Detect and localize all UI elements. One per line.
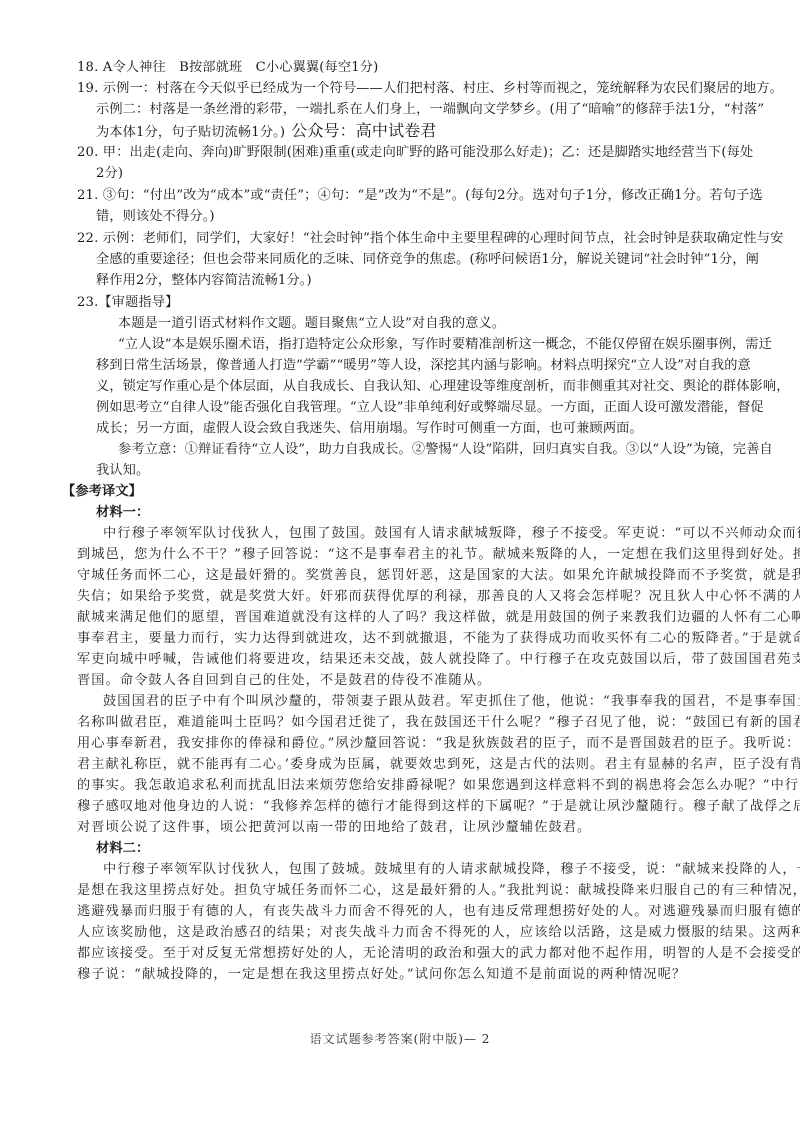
material-2-line: 穆子说：“献城投降的，一定是想在我这里捞点好处。”试问你怎么知道不是前面说的两种… — [77, 965, 737, 985]
answer-19-line-1: 19. 示例一：村落在今天似乎已经成为一个符号——人们把村落、村庄、乡村等而视之… — [77, 79, 737, 99]
answer-23-paragraph-2-line-4: 例如思考立“自律人设”能否强化自我管理。“立人设”非单纯利好或弊端尽显。一方面，… — [96, 398, 756, 418]
material-2-title: 材料二： — [96, 839, 756, 859]
material-1-line: 军吏向城中呼喊，告诫他们将要进攻，结果还未交战，鼓人就投降了。中行穆子在攻克鼓国… — [77, 650, 737, 670]
material-1-title: 材料一： — [96, 503, 756, 523]
material-1b-line: 穆子感叹地对他身边的人说：“我修养怎样的德行才能得到这样的下属呢？”于是就让夙沙… — [77, 797, 737, 817]
material-1-line: 守城任务而怀二心，这是最奸猾的。奖赏善良，惩罚奸恶，这是国家的大法。如果允许献城… — [77, 566, 737, 586]
material-1b-line: 名称叫做君臣，难道能叫土臣吗？如今国君迁徙了，我在鼓国还干什么呢？”穆子召见了他… — [77, 713, 737, 733]
answer-22-line-1: 22. 示例：老师们，同学们，大家好！“社会时钟”指个体生命中主要里程碑的心理时… — [77, 229, 737, 249]
material-1-line: 事奉君主，要量力而行，实力达得到就进攻，达不到就撤退，不能为了获得成功而收买怀有… — [77, 629, 737, 649]
material-1b-line: 君主献礼称臣，就不能再有二心。’委身成为臣属，就要效忠到死，这是古代的法则。君主… — [77, 755, 737, 775]
answer-20-line-2: 2分) — [96, 164, 756, 184]
answer-23-heading: 23.【审题指导】 — [77, 293, 737, 313]
page-footer: 语文试题参考答案(附中版)— 2 — [0, 1030, 800, 1047]
material-1b-line: 对晋顷公说了这件事，顷公把黄河以南一带的田地给了鼓君，让夙沙釐辅佐鼓君。 — [77, 818, 737, 838]
answer-23-paragraph-3-line-2: 我认知。 — [96, 461, 756, 481]
answer-23-paragraph-2-line-5: 成长；另一方面，虚假人设会致自我迷失、信用崩塌。写作时可侧重一方面，也可兼顾两面… — [96, 419, 756, 439]
answer-18: 18. A令人神往 B按部就班 C小心翼翼(每空1分) — [77, 58, 737, 78]
material-1-line: 献城来满足他们的愿望，晋国难道就没有这样的人了吗？我这样做，就是用鼓国的例子来教… — [77, 608, 737, 628]
answer-21-line-2: 错，则该处不得分。) — [96, 207, 756, 227]
answer-21-line-1: 21. ③句：“付出”改为“成本”或“责任”；④句：“是”改为“不是”。(每句2… — [77, 186, 737, 206]
material-1-line: 到城邑，您为什么不干？”穆子回答说：“这不是事奉君主的礼节。献城来叛降的人，一定… — [77, 545, 737, 565]
answer-23-paragraph-3-line-1: 参考立意：①辩证看待“立人设”，助力自我成长。②警惕“人设”陷阱，回归真实自我。… — [118, 440, 778, 460]
material-1b-line: 鼓国国君的臣子中有个叫夙沙釐的，带领妻子跟从鼓君。军吏抓住了他，他说：“我事奉我… — [103, 692, 763, 712]
answer-23-paragraph-1: 本题是一道引语式材料作文题。题目聚焦“立人设”对自我的意义。 — [118, 314, 778, 334]
material-1-line: 中行穆子率领军队讨伐狄人，包围了鼓国。鼓国有人请求献城叛降，穆子不接受。军吏说：… — [103, 524, 763, 544]
answer-20-line-1: 20. 甲：出走(走向、奔向)旷野限制(困难)重重(或走向旷野的路可能没那么好走… — [77, 143, 737, 163]
material-2-line: 中行穆子率领军队讨伐狄人，包围了鼓城。鼓城里有的人请求献城投降，穆子不接受，说：… — [103, 860, 763, 880]
material-1-line: 失信；如果给予奖赏，就是奖赏大奸。奸邪而获得优厚的利禄，那善良的人又将会怎样呢？… — [77, 587, 737, 607]
document-page: 18. A令人神往 B按部就班 C小心翼翼(每空1分) 19. 示例一：村落在今… — [0, 0, 800, 1132]
material-2-line: 都应该接受。至于对反复无常想捞好处的人，无论清明的政治和强大的武力都对他不起作用… — [77, 944, 737, 964]
answer-23-paragraph-2-line-2: 移到日常生活场景，像普通人打造“学霸”“暖男”等人设，深挖其内涵与影响。材料点明… — [96, 356, 756, 376]
material-2-line: 人应该奖励他，这是政治感召的结果；对丧失战斗力而舍不得死的人，应该给以活路，这是… — [77, 923, 737, 943]
material-2-line: 逃避残暴而归服于有德的人，有丧失战斗力而舍不得死的人，也有违反常理想捞好处的人。… — [77, 902, 737, 922]
answer-19-line-3-text: 为本体1分，句子贴切流畅1分。) — [96, 125, 285, 140]
translation-heading: 【参考译文】 — [62, 482, 722, 502]
watermark-stamp: 公众号：高中试卷君 — [291, 121, 436, 140]
answer-23-paragraph-2-line-1: “立人设”本是娱乐圈术语，指打造特定公众形象，写作时要精准剖析这一概念，不能仅停… — [118, 335, 778, 355]
material-1-line: 晋国。命令鼓人各自回到自己的住处，不是鼓君的侍役不准随从。 — [77, 671, 737, 691]
answer-19-line-3: 为本体1分，句子贴切流畅1分。)公众号：高中试卷君 — [96, 121, 756, 143]
material-1b-line: 的事实。我怎敢追求私利而扰乱旧法来烦劳您给安排爵禄呢？如果您遇到这样意料不到的祸… — [77, 776, 737, 796]
answer-22-line-2: 全感的重要途径；但也会带来同质化的乏味、同侪竞争的焦虑。(称呼问候语1分，解说关… — [96, 250, 756, 270]
answer-22-line-3: 释作用2分，整体内容简洁流畅1分。) — [96, 271, 756, 291]
material-2-line: 是想在我这里捞点好处。担负守城任务而怀二心，这是最奸猾的人。”我批判说：献城投降… — [77, 881, 737, 901]
answer-23-paragraph-2-line-3: 义，锁定写作重心是个体层面，从自我成长、自我认知、心理建设等维度剖析，而非侧重其… — [96, 377, 756, 397]
material-1b-line: 用心事奉新君，我安排你的俸禄和爵位。”夙沙釐回答说：“我是狄族鼓君的臣子，而不是… — [77, 734, 737, 754]
answer-19-line-2: 示例二：村落是一条丝滑的彩带，一端扎系在人们身上，一端飘向文学梦乡。(用了“暗喻… — [96, 100, 756, 120]
